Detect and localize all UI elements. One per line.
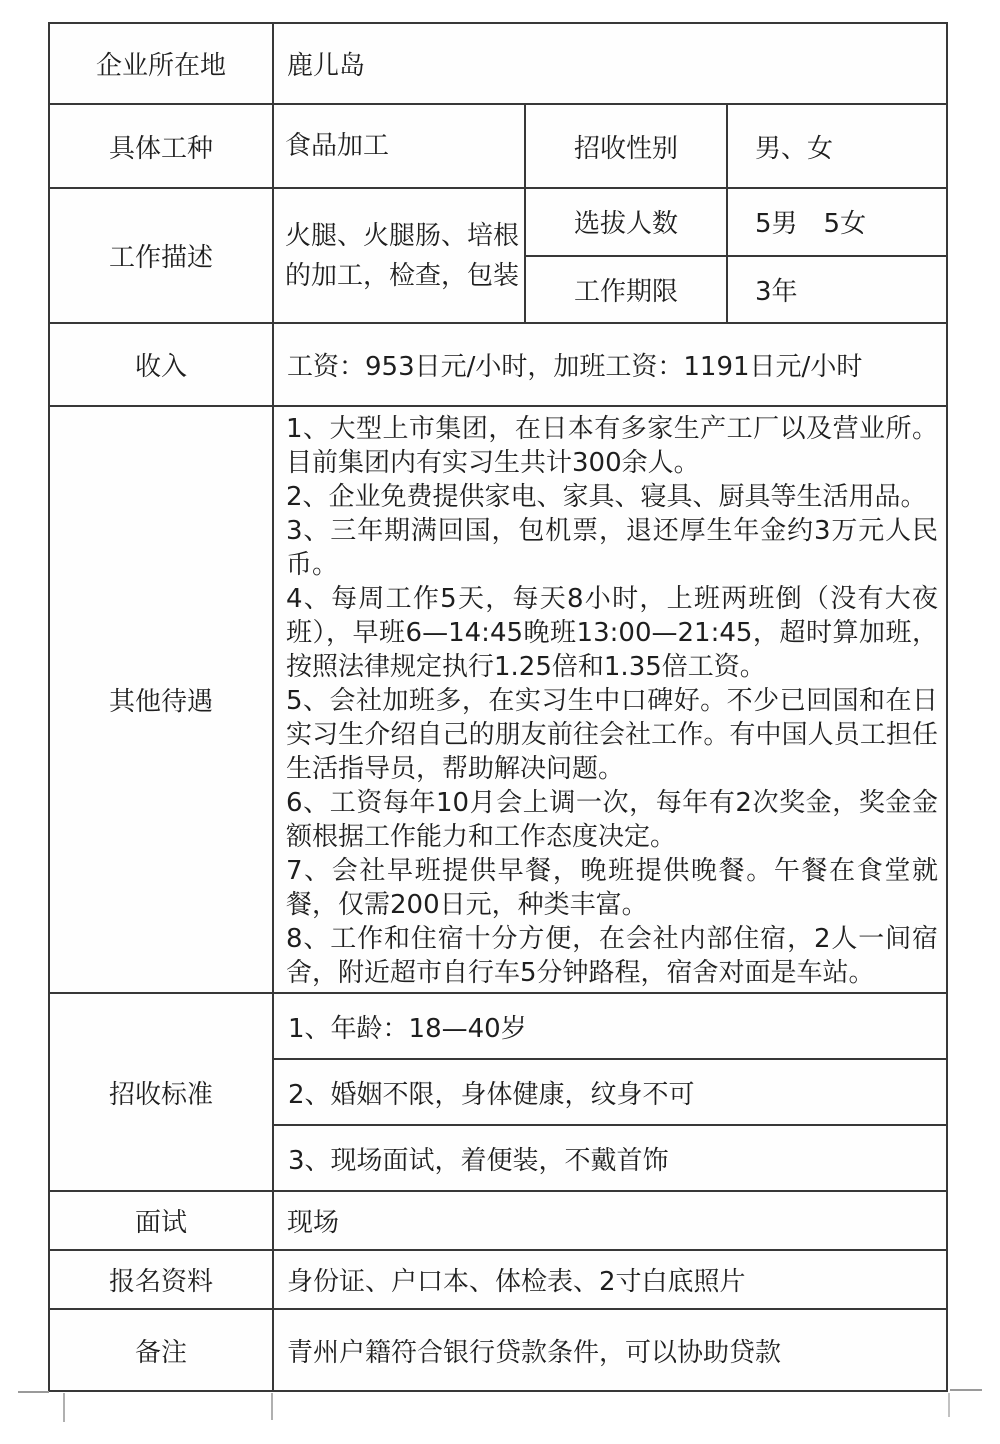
interview-value: 现场 <box>274 1192 946 1249</box>
headcount-label: 选拔人数 <box>526 189 728 255</box>
benefits-text: 1、大型上市集团，在日本有多家生产工厂以及营业所。目前集团内有实习生共计300余… <box>274 407 946 992</box>
benefits-label: 其他待遇 <box>50 407 274 992</box>
row-interview: 面试 现场 <box>50 1192 946 1251</box>
benefit-item-6: 6、工资每年10月会上调一次，每年有2次奖金，奖金金额根据工作能力和工作态度决定… <box>286 786 938 854</box>
headcount-value: 5男 5女 <box>728 189 946 255</box>
benefit-item-3: 3、三年期满回国，包机票，退还厚生年金约3万元人民币。 <box>286 514 938 582</box>
benefit-item-2: 2、企业免费提供家电、家具、寝具、厨具等生活用品。 <box>286 480 938 514</box>
row-remarks: 备注 青州户籍符合银行贷款条件，可以协助贷款 <box>50 1310 946 1390</box>
gender-label: 招收性别 <box>526 105 728 187</box>
job-posting-table: 企业所在地 鹿儿岛 具体工种 食品加工 招收性别 男、女 工作描述 火腿、火腿肠… <box>48 22 948 1392</box>
criteria-item-3: 3、现场面试，着便装，不戴首饰 <box>274 1140 669 1177</box>
location-label: 企业所在地 <box>50 24 274 103</box>
income-value: 工资：953日元/小时，加班工资：1191日元/小时 <box>274 324 946 405</box>
row-income: 收入 工资：953日元/小时，加班工资：1191日元/小时 <box>50 324 946 407</box>
crop-mark-stub-right <box>948 1393 950 1417</box>
criteria-row-2: 2、婚姻不限，身体健康，纹身不可 <box>274 1060 946 1126</box>
job-desc-label: 工作描述 <box>50 189 274 322</box>
location-value: 鹿儿岛 <box>274 24 946 103</box>
documents-value: 身份证、户口本、体检表、2寸白底照片 <box>274 1251 946 1308</box>
documents-label: 报名资料 <box>50 1251 274 1308</box>
remarks-value: 青州户籍符合银行贷款条件，可以协助贷款 <box>274 1310 946 1390</box>
row-criteria: 招收标准 1、年龄：18—40岁 2、婚姻不限，身体健康，纹身不可 3、现场面试… <box>50 994 946 1192</box>
crop-mark-bottom-right <box>950 1389 982 1391</box>
duration-label: 工作期限 <box>526 257 728 323</box>
criteria-label: 招收标准 <box>50 994 274 1190</box>
job-type-label: 具体工种 <box>50 105 274 187</box>
benefit-item-5: 5、会社加班多，在实习生中口碑好。不少已回国和在日实习生介绍自己的朋友前往会社工… <box>286 684 938 786</box>
crop-mark-stub-left <box>63 1393 65 1422</box>
benefit-item-4: 4、每周工作5天，每天8小时，上班两班倒（没有大夜班），早班6—14:45晚班1… <box>286 582 938 684</box>
row-documents: 报名资料 身份证、户口本、体检表、2寸白底照片 <box>50 1251 946 1310</box>
criteria-stack: 1、年龄：18—40岁 2、婚姻不限，身体健康，纹身不可 3、现场面试，着便装，… <box>274 994 946 1190</box>
row-job-type: 具体工种 食品加工 招收性别 男、女 <box>50 105 946 189</box>
criteria-item-2: 2、婚姻不限，身体健康，纹身不可 <box>274 1074 695 1111</box>
income-label: 收入 <box>50 324 274 405</box>
job-type-value: 食品加工 <box>274 105 526 187</box>
row-benefits: 其他待遇 1、大型上市集团，在日本有多家生产工厂以及营业所。目前集团内有实习生共… <box>50 407 946 994</box>
remarks-label: 备注 <box>50 1310 274 1390</box>
duration-value: 3年 <box>728 257 946 323</box>
benefit-item-1: 1、大型上市集团，在日本有多家生产工厂以及营业所。目前集团内有实习生共计300余… <box>286 412 938 480</box>
row-duration: 工作期限 3年 <box>526 257 946 323</box>
row-location: 企业所在地 鹿儿岛 <box>50 24 946 105</box>
row-headcount: 选拔人数 5男 5女 <box>526 189 946 257</box>
criteria-item-1: 1、年龄：18—40岁 <box>274 1008 527 1045</box>
row-job-desc: 工作描述 火腿、火腿肠、培根的加工，检查，包装 选拔人数 5男 5女 工作期限 … <box>50 189 946 324</box>
crop-mark-bottom-left <box>18 1391 49 1393</box>
job-desc-value: 火腿、火腿肠、培根的加工，检查，包装 <box>274 189 526 322</box>
gender-value: 男、女 <box>728 105 946 187</box>
criteria-row-3: 3、现场面试，着便装，不戴首饰 <box>274 1126 946 1190</box>
crop-mark-stub-middle <box>271 1393 273 1420</box>
benefit-item-7: 7、会社早班提供早餐，晚班提供晚餐。午餐在食堂就餐，仅需200日元，种类丰富。 <box>286 854 938 922</box>
benefit-item-8: 8、工作和住宿十分方便，在会社内部住宿，2人一间宿舍，附近超市自行车5分钟路程，… <box>286 922 938 990</box>
criteria-row-1: 1、年龄：18—40岁 <box>274 994 946 1060</box>
interview-label: 面试 <box>50 1192 274 1249</box>
job-desc-right-stack: 选拔人数 5男 5女 工作期限 3年 <box>526 189 946 322</box>
